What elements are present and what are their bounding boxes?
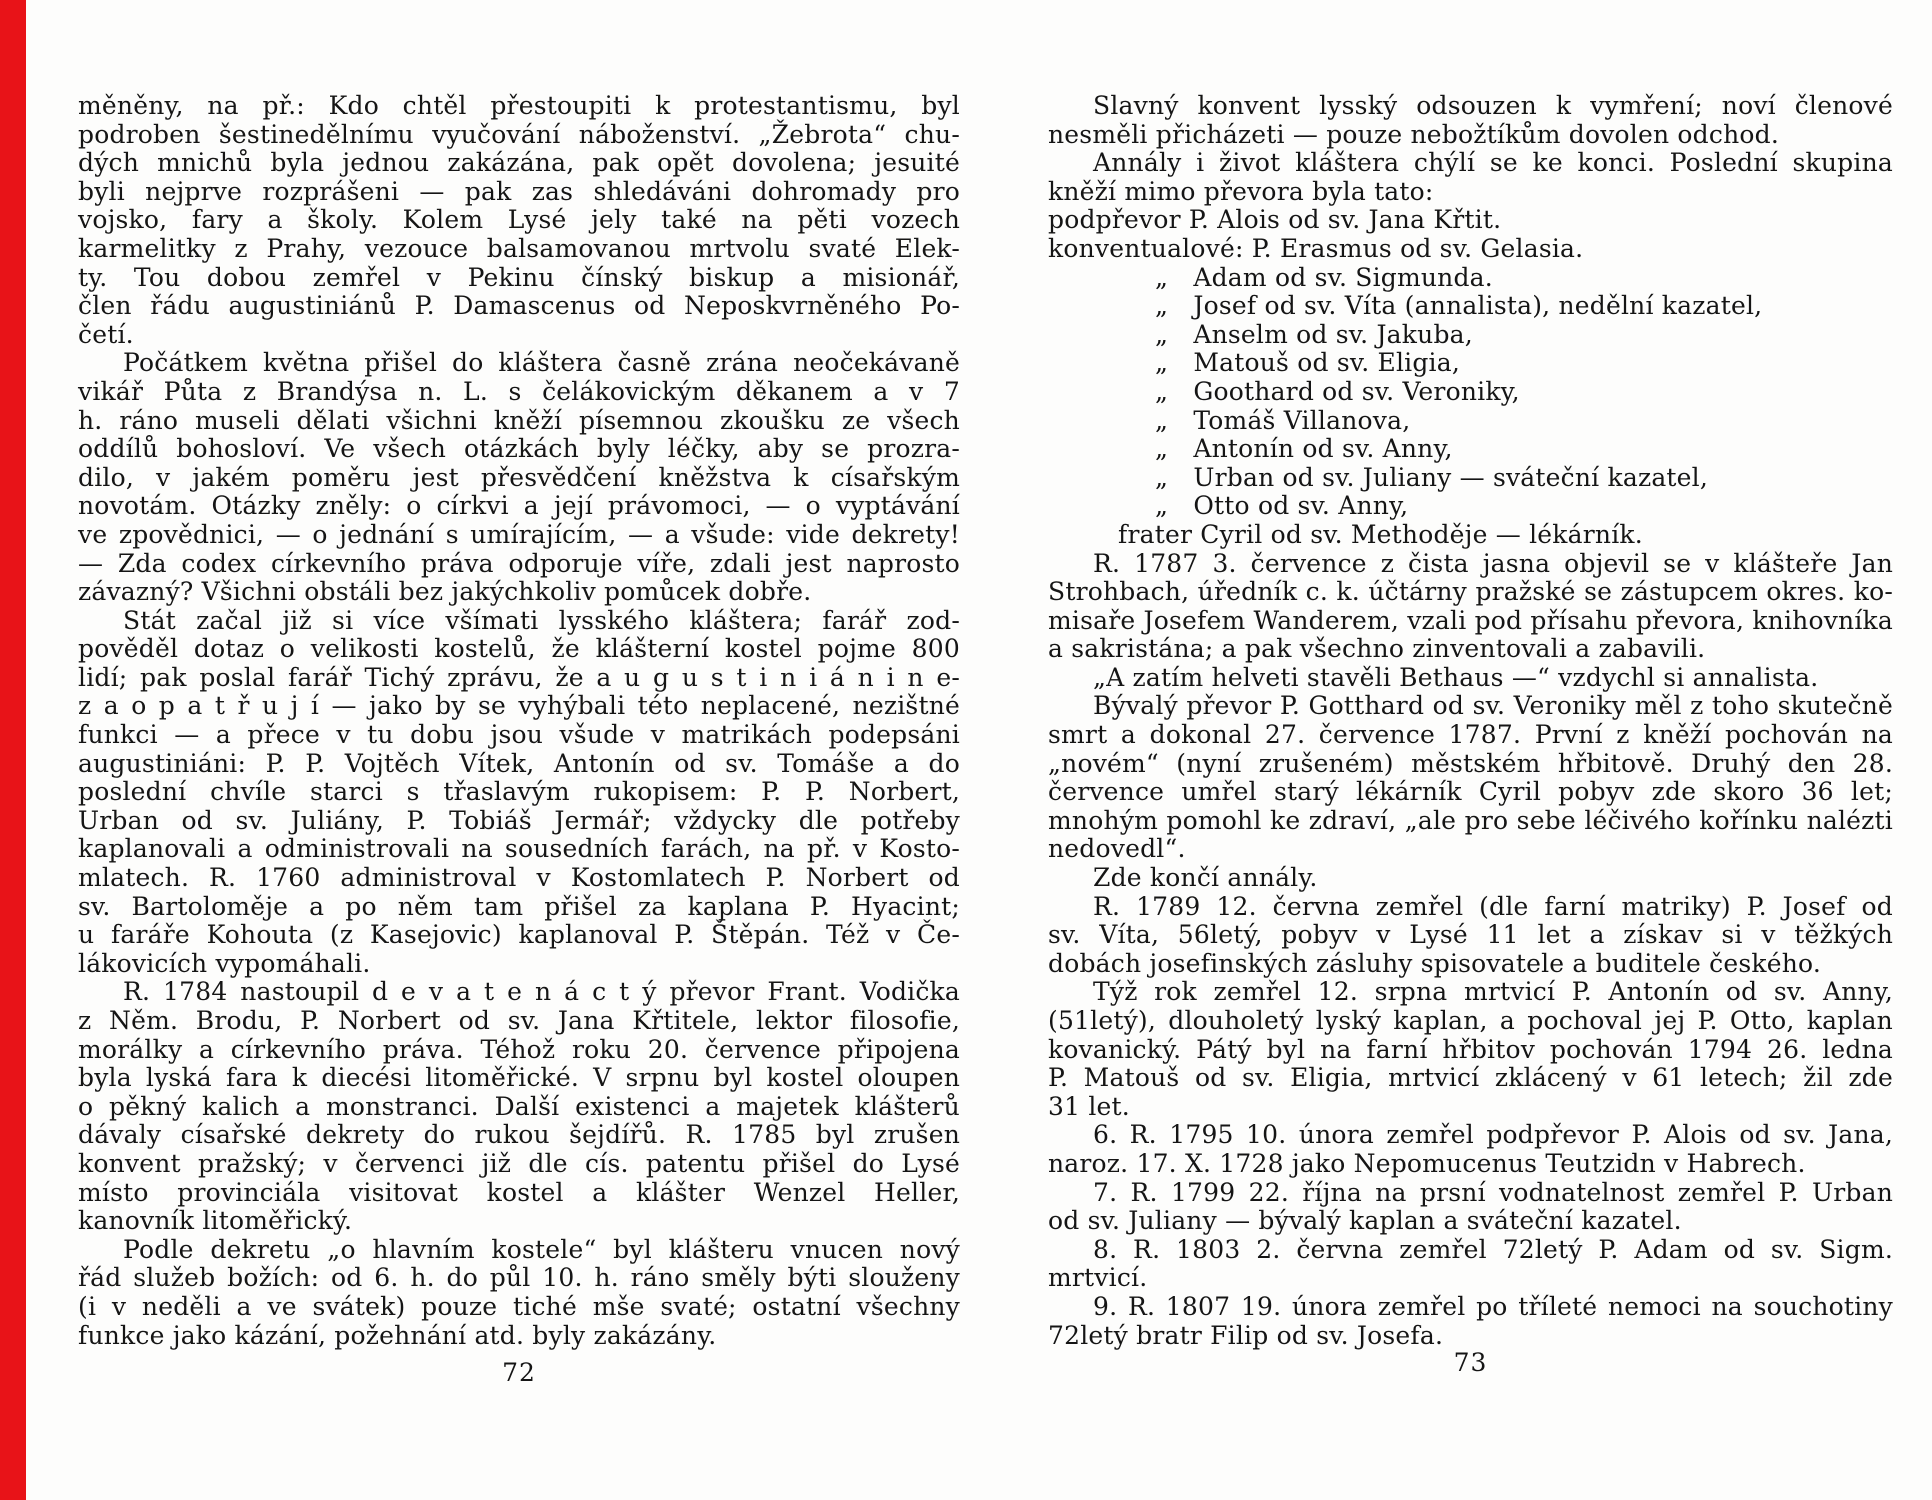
text-line: kovanický. Pátý byl na farní hřbitov poc… [1048,1036,1893,1065]
paragraph: Podle dekretu „o hlavním kostele“ byl kl… [78,1236,960,1350]
text-line: z Něm. Brodu, P. Norbert od sv. Jana Křt… [78,1007,960,1036]
text-line: 9. R. 1807 19. února zemřel po tříleté n… [1048,1293,1893,1322]
paragraph: Týž rok zemřel 12. srpna mrtvicí P. Anto… [1048,978,1893,1121]
text-line: u faráře Kohouta (z Kasejovic) kaplanova… [78,921,960,950]
text-line: a sakristána; a pak všechno zinventovali… [1048,635,1893,664]
text-line: oddílů bohosloví. Ve všech otázkách byly… [78,435,960,464]
text-line: novotám. Otázky zněly: o církvi a její p… [78,492,960,521]
text-line: vojsko, fary a školy. Kolem Lysé jely ta… [78,206,960,235]
text-line: funkce jako kázání, požehnání atd. byly … [78,1322,960,1351]
paragraph: Slavný konvent lysský odsouzen k vymření… [1048,92,1893,149]
paragraph: podpřevor P. Alois od sv. Jana Křtit.kon… [1048,206,1893,549]
text-line: h. ráno museli dělati všichni kněží píse… [78,407,960,436]
paragraph: měněny, na př.: Kdo chtěl přestoupiti k … [78,92,960,349]
text-line: morálky a církevního práva. Téhož roku 2… [78,1036,960,1065]
text-line: „ Goothard od sv. Veroniky, [1048,378,1893,407]
page-number-right: 73 [1048,1348,1893,1377]
paragraph: R. 1784 nastoupil d e v a t e n á c t ý … [78,978,960,1235]
text-line: naroz. 17. X. 1728 jako Nepomucenus Teut… [1048,1150,1893,1179]
text-line: R. 1787 3. července z čista jasna objevi… [1048,550,1893,579]
text-line: července umřel starý lékárník Cyril poby… [1048,778,1893,807]
paragraph: 6. R. 1795 10. února zemřel podpřevor P.… [1048,1121,1893,1178]
text-line: Bývalý převor P. Gotthard od sv. Veronik… [1048,692,1893,721]
text-line: augustiniáni: P. P. Vojtěch Vítek, Anton… [78,750,960,779]
paragraph: 8. R. 1803 2. června zemřel 72letý P. Ad… [1048,1236,1893,1293]
text-line: „ Anselm od sv. Jakuba, [1048,321,1893,350]
text-line: lidí; pak poslal farář Tichý zprávu, že … [78,664,960,693]
text-line: mrtvicí. [1048,1264,1893,1293]
text-line: smrt a dokonal 27. července 1787. První … [1048,721,1893,750]
text-line: kněží mimo převora byla tato: [1048,178,1893,207]
paragraph: 7. R. 1799 22. října na prsní vodnatelno… [1048,1179,1893,1236]
text-line: od sv. Juliany — bývalý kaplan a svátečn… [1048,1207,1893,1236]
text-line: řád služeb božích: od 6. h. do půl 10. h… [78,1264,960,1293]
text-line: Zde končí annály. [1048,864,1893,893]
text-line: pověděl dotaz o velikosti kostelů, že kl… [78,635,960,664]
text-line: z a o p a t ř u j í — jako by se vyhýbal… [78,692,960,721]
text-line: R. 1784 nastoupil d e v a t e n á c t ý … [78,978,960,1007]
text-line: Týž rok zemřel 12. srpna mrtvicí P. Anto… [1048,978,1893,1007]
text-line: (i v neděli a ve svátek) pouze tiché mše… [78,1293,960,1322]
text-line: „ Urban od sv. Juliany — sváteční kazate… [1048,464,1893,493]
text-line: závazný? Všichni obstáli bez jakýchkoliv… [78,578,960,607]
text-line: Strohbach, úředník c. k. účtárny pražské… [1048,578,1893,607]
text-line: dobách josefinských zásluhy spisovatele … [1048,950,1893,979]
text-line: „ Matouš od sv. Eligia, [1048,349,1893,378]
text-line: „ Otto od sv. Anny, [1048,492,1893,521]
text-line: Stát začal již si více všímati lysského … [78,607,960,636]
text-line: kaplanovali a odministrovali na sousední… [78,835,960,864]
text-line: 72letý bratr Filip od sv. Josefa. [1048,1322,1893,1351]
text-line: 7. R. 1799 22. října na prsní vodnatelno… [1048,1179,1893,1208]
text-line: četí. [78,321,960,350]
text-line: dilo, v jakém poměru jest přesvědčení kn… [78,464,960,493]
text-line: Annály i život kláštera chýlí se ke konc… [1048,149,1893,178]
text-line: nesměli přicházeti — pouze nebožtíkům do… [1048,121,1893,150]
text-line: konvent pražský; v červenci již dle cís.… [78,1150,960,1179]
text-line: ty. Tou dobou zemřel v Pekinu čínský bis… [78,264,960,293]
paragraph: Stát začal již si více všímati lysského … [78,607,960,979]
text-line: poslední chvíle starci s třaslavým rukop… [78,778,960,807]
text-line: misaře Josefem Wanderem, vzali pod přísa… [1048,607,1893,636]
text-line: konventualové: P. Erasmus od sv. Gelasia… [1048,235,1893,264]
text-line: dých mnichů byla jednou zakázána, pak op… [78,149,960,178]
paragraph: Zde končí annály. [1048,864,1893,893]
paragraph: Annály i život kláštera chýlí se ke konc… [1048,149,1893,206]
text-line: Počátkem května přišel do kláštera časně… [78,349,960,378]
text-line: byli nejprve rozprášeni — pak zas shledá… [78,178,960,207]
text-line: měněny, na př.: Kdo chtěl přestoupiti k … [78,92,960,121]
text-line: mnohým pomohl ke zdraví, „ale pro sebe l… [1048,807,1893,836]
text-line: vikář Půta z Brandýsa n. L. s čelákovick… [78,378,960,407]
text-line: karmelitky z Prahy, vezouce balsamovanou… [78,235,960,264]
text-line: 6. R. 1795 10. února zemřel podpřevor P.… [1048,1121,1893,1150]
text-line: (51letý), dlouholetý lyský kaplan, a poc… [1048,1007,1893,1036]
text-line: člen řádu augustiniánů P. Damascenus od … [78,292,960,321]
right-page-text-column: Slavný konvent lysský odsouzen k vymření… [1048,92,1893,1350]
text-line: „novém“ (nyní zrušeném) městském hřbitov… [1048,750,1893,779]
text-line: „ Adam od sv. Sigmunda. [1048,264,1893,293]
page-number-left: 72 [78,1358,960,1387]
text-line: kanovník litoměřický. [78,1207,960,1236]
text-line: 31 let. [1048,1093,1893,1122]
text-line: „ Josef od sv. Víta (annalista), nedělní… [1048,292,1893,321]
text-line: mlatech. R. 1760 administroval v Kostoml… [78,864,960,893]
text-line: „ Antonín od sv. Anny, [1048,435,1893,464]
text-line: podpřevor P. Alois od sv. Jana Křtit. [1048,206,1893,235]
text-line: frater Cyril od sv. Methoděje — lékárník… [1048,521,1893,550]
text-line: dávaly císařské dekrety do rukou šejdířů… [78,1121,960,1150]
paragraph: „A zatím helveti stavěli Bethaus —“ vzdy… [1048,664,1893,693]
text-line: sv. Bartoloměje a po něm tam přišel za k… [78,893,960,922]
text-line: Podle dekretu „o hlavním kostele“ byl kl… [78,1236,960,1265]
text-line: nedovedl“. [1048,835,1893,864]
text-line: — Zda codex církevního práva odporuje ví… [78,550,960,579]
paragraph: 9. R. 1807 19. února zemřel po tříleté n… [1048,1293,1893,1350]
text-line: podroben šestinedělnímu vyučování nábože… [78,121,960,150]
text-line: o pěkný kalich a monstranci. Další exist… [78,1093,960,1122]
text-line: sv. Víta, 56letý, pobyv v Lysé 11 let a … [1048,921,1893,950]
paragraph: Bývalý převor P. Gotthard od sv. Veronik… [1048,692,1893,864]
paragraph: R. 1789 12. června zemřel (dle farní mat… [1048,893,1893,979]
paragraph: R. 1787 3. července z čista jasna objevi… [1048,550,1893,664]
text-line: místo provinciála visitovat kostel a klá… [78,1179,960,1208]
text-line: R. 1789 12. června zemřel (dle farní mat… [1048,893,1893,922]
text-line: „ Tomáš Villanova, [1048,407,1893,436]
text-line: „A zatím helveti stavěli Bethaus —“ vzdy… [1048,664,1893,693]
text-line: Slavný konvent lysský odsouzen k vymření… [1048,92,1893,121]
text-line: funkci — a přece v tu dobu jsou všude v … [78,721,960,750]
left-page-text-column: měněny, na př.: Kdo chtěl přestoupiti k … [78,92,960,1350]
paragraph: Počátkem května přišel do kláštera časně… [78,349,960,606]
text-line: Urban od sv. Juliány, P. Tobiáš Jermář; … [78,807,960,836]
text-line: ve zpovědnici, — o jednání s umírajícím,… [78,521,960,550]
text-line: P. Matouš od sv. Eligia, mrtvicí zklácen… [1048,1064,1893,1093]
text-line: byla lyská fara k diecési litoměřické. V… [78,1064,960,1093]
text-line: lákovicích vypomáhali. [78,950,960,979]
red-edge-strip [0,0,26,1500]
text-line: 8. R. 1803 2. června zemřel 72letý P. Ad… [1048,1236,1893,1265]
